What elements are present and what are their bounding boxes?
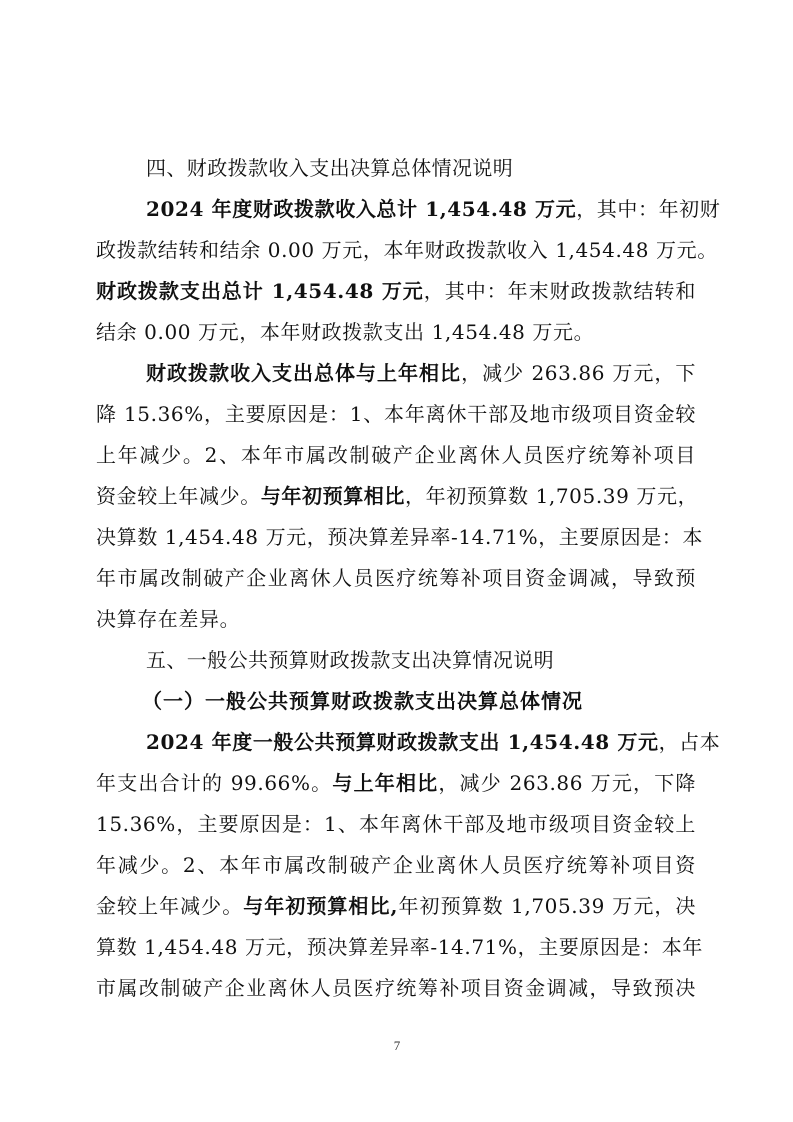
paragraph-line: 财政拨款支出总计 1,454.48 万元，其中：年末财政拨款结转和 bbox=[96, 276, 696, 306]
text: ，其中：年初财 bbox=[576, 197, 720, 221]
paragraph-line: 资金较上年减少。与年初预算相比，年初预算数 1,705.39 万元， bbox=[96, 481, 696, 511]
bold-text: 与上年相比 bbox=[332, 771, 438, 795]
text: ，减少 263.86 万元，下降 bbox=[438, 771, 696, 795]
text: ，占本 bbox=[659, 730, 721, 754]
paragraph-line: 15.36%，主要原因是：1、本年离休干部及地市级项目资金较上 bbox=[96, 809, 696, 839]
text: 年支出合计的 99.66%。 bbox=[96, 771, 332, 795]
paragraph-line: 财政拨款收入支出总体与上年相比，减少 263.86 万元，下 bbox=[146, 358, 696, 388]
bold-text: 与年初预算相比 bbox=[261, 484, 405, 508]
paragraph-line: 降 15.36%，主要原因是：1、本年离休干部及地市级项目资金较 bbox=[96, 399, 696, 429]
paragraph-line: 结余 0.00 万元，本年财政拨款支出 1,454.48 万元。 bbox=[96, 317, 696, 347]
paragraph-line: 上年减少。2、本年市属改制破产企业离休人员医疗统筹补项目 bbox=[96, 440, 696, 470]
paragraph-line: 年支出合计的 99.66%。与上年相比，减少 263.86 万元，下降 bbox=[96, 768, 696, 798]
bold-text: 2024 年度一般公共预算财政拨款支出 1,454.48 万元 bbox=[146, 730, 659, 754]
paragraph-line: 算数 1,454.48 万元，预决算差异率-14.71%，主要原因是：本年 bbox=[96, 932, 696, 962]
paragraph-line: 2024 年度财政拨款收入总计 1,454.48 万元，其中：年初财 bbox=[146, 194, 696, 224]
paragraph-line: 决算数 1,454.48 万元，预决算差异率-14.71%，主要原因是：本 bbox=[96, 522, 696, 552]
text: 金较上年减少。 bbox=[96, 894, 243, 918]
text: 年初预算数 1,705.39 万元，决 bbox=[398, 894, 696, 918]
page-number: 7 bbox=[390, 1038, 404, 1054]
paragraph-line: 金较上年减少。与年初预算相比,年初预算数 1,705.39 万元，决 bbox=[96, 891, 696, 921]
section-heading-5: 五、一般公共预算财政拨款支出决算情况说明 bbox=[146, 645, 696, 675]
bold-text: 财政拨款支出总计 1,454.48 万元 bbox=[96, 279, 424, 303]
paragraph-line: 年市属改制破产企业离休人员医疗统筹补项目资金调减，导致预 bbox=[96, 563, 696, 593]
paragraph-line: 年减少。2、本年市属改制破产企业离休人员医疗统筹补项目资 bbox=[96, 850, 696, 880]
paragraph-line: 政拨款结转和结余 0.00 万元，本年财政拨款收入 1,454.48 万元。 bbox=[96, 235, 696, 265]
text: ，其中：年末财政拨款结转和 bbox=[424, 279, 696, 303]
paragraph-line: 市属改制破产企业离休人员医疗统筹补项目资金调减，导致预决 bbox=[96, 973, 696, 1003]
text: 资金较上年减少。 bbox=[96, 484, 261, 508]
text: ，年初预算数 1,705.39 万元， bbox=[405, 484, 698, 508]
paragraph-line: 决算存在差异。 bbox=[96, 604, 696, 634]
bold-text: 与年初预算相比, bbox=[243, 894, 398, 918]
document-page: 四、财政拨款收入支出决算总体情况说明 2024 年度财政拨款收入总计 1,454… bbox=[0, 0, 793, 1122]
bold-text: 2024 年度财政拨款收入总计 1,454.48 万元 bbox=[146, 197, 576, 221]
subsection-heading-1: （一）一般公共预算财政拨款支出决算总体情况 bbox=[142, 686, 702, 716]
bold-text: 财政拨款收入支出总体与上年相比 bbox=[146, 361, 461, 385]
paragraph-line: 2024 年度一般公共预算财政拨款支出 1,454.48 万元，占本 bbox=[146, 727, 696, 757]
section-heading-4: 四、财政拨款收入支出决算总体情况说明 bbox=[146, 153, 696, 183]
text: ，减少 263.86 万元，下 bbox=[461, 361, 696, 385]
